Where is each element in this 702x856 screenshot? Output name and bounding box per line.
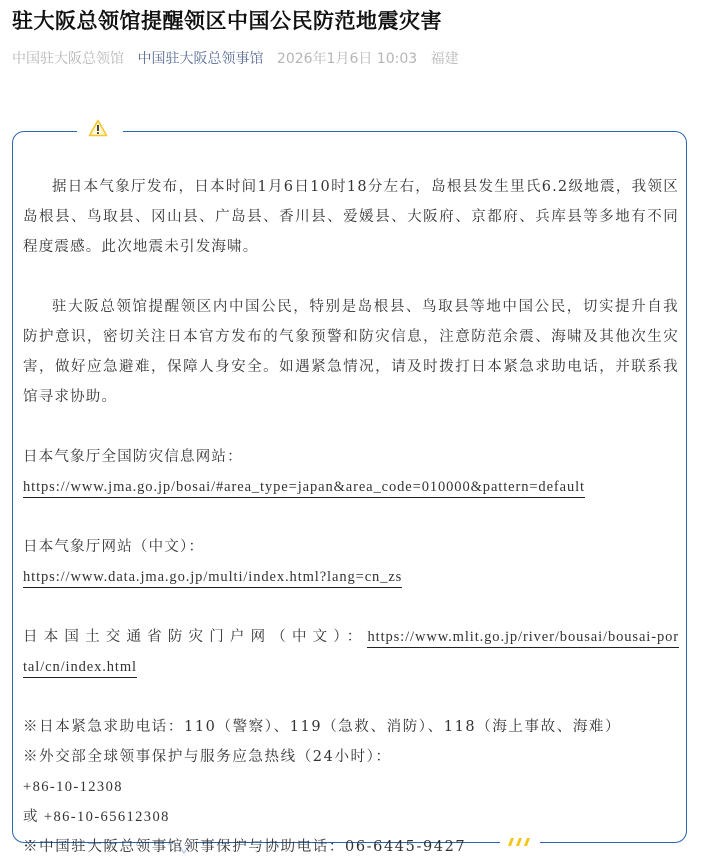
notice-box: 据日本气象厅发布，日本时间1月6日10时18分左右，岛根县发生里氏6.2级地震，… <box>12 131 687 843</box>
article-meta: 中国驻大阪总领馆 中国驻大阪总领事馆 2026年1月6日 10:03 福建 <box>12 48 468 70</box>
link-jma-bosai[interactable]: https://www.jma.go.jp/bosai/#area_type=j… <box>23 479 585 498</box>
warning-icon <box>88 119 108 137</box>
link-label-jma-bosai: 日本气象厅全国防灾信息网站： <box>23 442 679 472</box>
link-label-jma-chinese: 日本气象厅网站（中文）： <box>23 532 679 562</box>
notice-content: 据日本气象厅发布，日本时间1月6日10时18分左右，岛根县发生里氏6.2级地震，… <box>23 172 679 856</box>
mfa-hotline-number-1: +86-10-12308 <box>23 772 679 802</box>
publish-date: 2026年1月6日 10:03 <box>277 51 417 67</box>
consulate-phone: ※中国驻大阪总领事馆领事保护与协助电话：06-6445-9427 <box>23 832 679 856</box>
paragraph-earthquake-report: 据日本气象厅发布，日本时间1月6日10时18分左右，岛根县发生里氏6.2级地震，… <box>23 172 679 262</box>
mfa-hotline-label: ※外交部全球领事保护与服务应急热线（24小时）： <box>23 742 679 772</box>
link-jma-chinese[interactable]: https://www.data.jma.go.jp/multi/index.h… <box>23 569 402 588</box>
article-author: 中国驻大阪总领馆 <box>12 51 124 67</box>
ip-location: 福建 <box>431 51 459 67</box>
article-title: 驻大阪总领馆提醒领区中国公民防范地震灾害 <box>12 6 442 36</box>
japan-emergency-numbers: ※日本紧急求助电话：110（警察）、119（急救、消防）、118（海上事故、海难… <box>23 712 679 742</box>
account-name-link[interactable]: 中国驻大阪总领事馆 <box>137 51 263 67</box>
link-label-mlit-portal: 日本国土交通省防灾门户网（中文）： <box>23 629 367 645</box>
mfa-hotline-number-2: 或 +86-10-65612308 <box>23 802 679 832</box>
paragraph-safety-reminder: 驻大阪总领馆提醒领区内中国公民，特别是岛根县、鸟取县等地中国公民，切实提升自我防… <box>23 292 679 412</box>
